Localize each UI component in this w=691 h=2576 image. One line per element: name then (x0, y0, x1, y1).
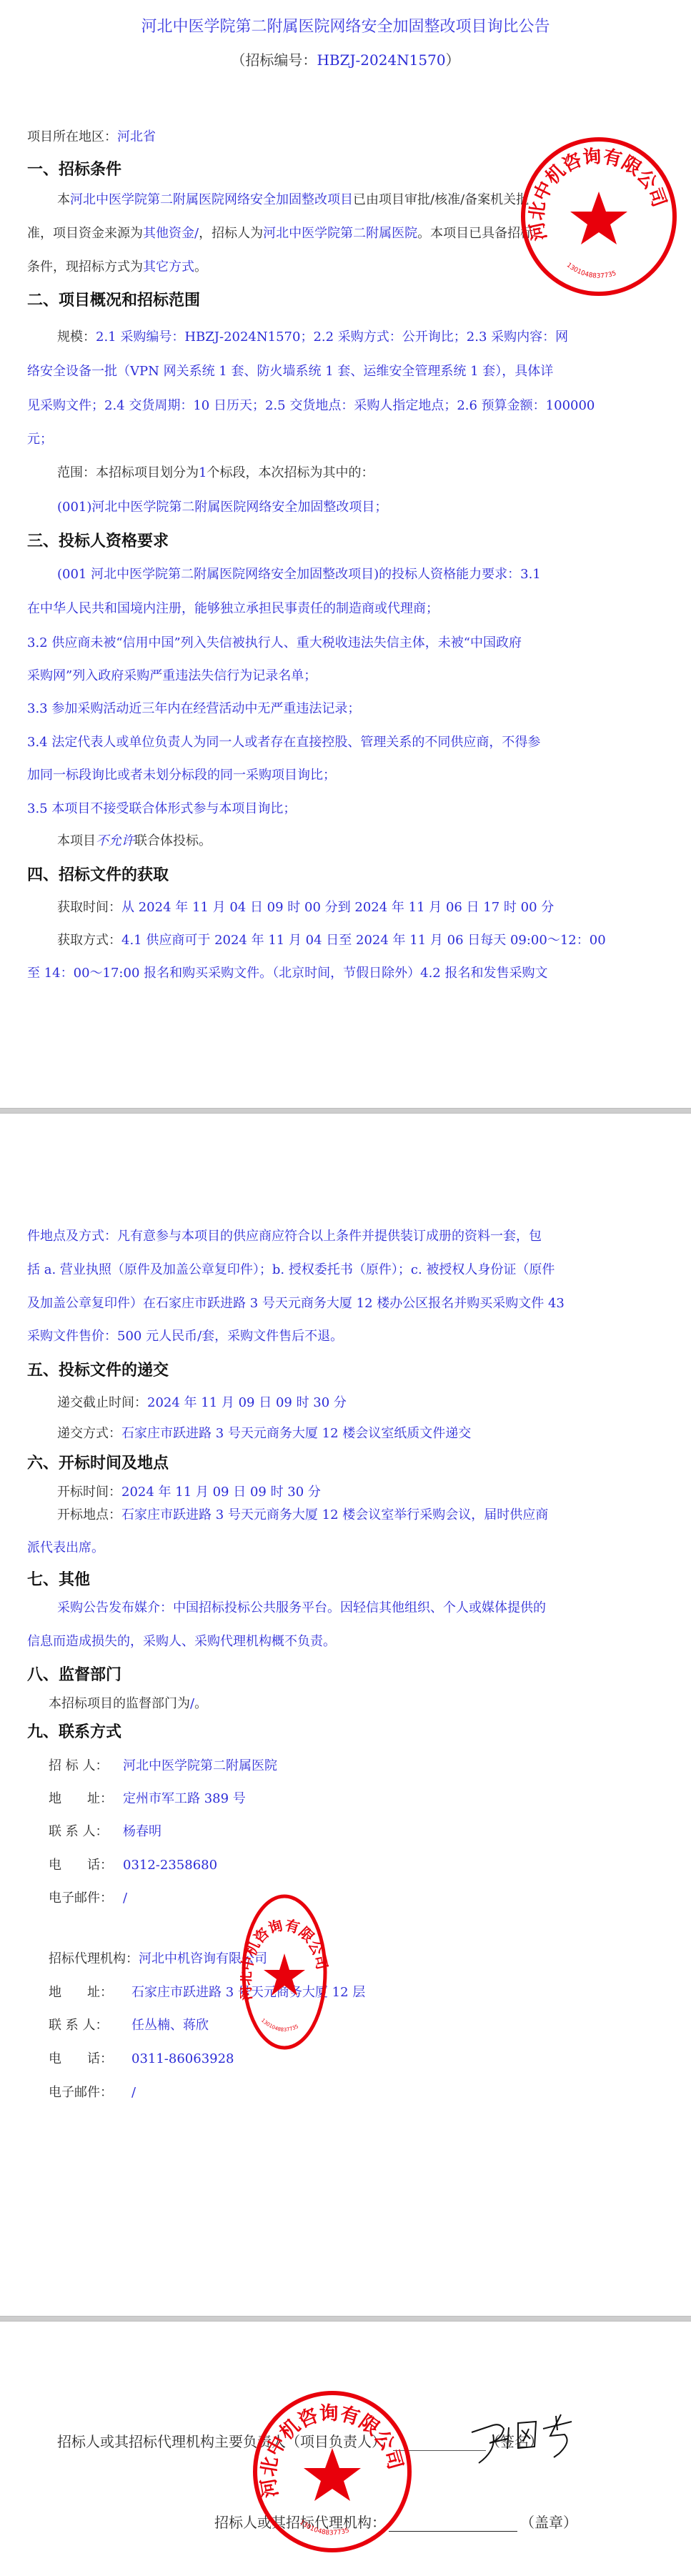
s5-deadline: 递交截止时间：2024 年 11 月 09 日 09 时 30 分 (57, 1394, 347, 1412)
seal-line: 招标人或其招标代理机构：（盖章） (214, 2511, 577, 2532)
agency-phone: 电 话：0311-86063928 (49, 2051, 234, 2068)
s1-para-line-1: 本河北中医学院第二附属医院网络安全加固整改项目已由项目审批/核准/备案机关批 (57, 192, 529, 209)
s6-time: 开标时间：2024 年 11 月 09 日 09 时 30 分 (57, 1484, 321, 1501)
s1-para-line-3: 条件，现招标方式为其它方式。 (27, 259, 207, 276)
tenderer-contact: 联 系 人：杨春明 (49, 1823, 161, 1841)
page-1: 河北中医学院第二附属医院网络安全加固整改项目询比公告 （招标编号：HBZJ-20… (0, 0, 691, 1108)
s1-para-line-2: 准，项目资金来源为其他资金/，招标人为河北中医学院第二附属医院。本项目已具备招标 (27, 225, 533, 242)
s2-lot: (001)河北中医学院第二附属医院网络安全加固整改项目； (57, 499, 387, 516)
project-region: 项目所在地区：河北省 (27, 129, 156, 146)
s3-line-2: 在中华人民共和国境内注册，能够独立承担民事责任的制造商或代理商； (27, 600, 439, 618)
section-heading-4: 四、招标文件的获取 (27, 863, 169, 885)
s2-scope: 范围：本招标项目划分为1个标段，本次招标为其中的： (57, 465, 374, 482)
s6-place-line-1: 开标地点：石家庄市跃进路 3 号天元商务大厦 12 楼会议室举行采购会议，届时供… (57, 1507, 548, 1524)
s5-method: 递交方式：石家庄市跃进路 3 号天元商务大厦 12 楼会议室纸质文件递交 (57, 1425, 471, 1442)
s4-time: 获取时间：从 2024 年 11 月 04 日 09 时 00 分到 2024 … (57, 899, 554, 916)
tenderer-phone: 电 话：0312-2358680 (49, 1857, 217, 1874)
agency-name: 招标代理机构：河北中机咨询有限公司 (49, 1951, 267, 1968)
section-heading-2: 二、项目概况和招标范围 (27, 288, 200, 310)
tenderer-address: 地 址：定州市军工路 389 号 (49, 1790, 246, 1808)
section-heading-5: 五、投标文件的递交 (27, 1358, 169, 1380)
page-3: 招标人或其招标代理机构主要负责人（项目负责人）：尹国芳（签名） 招标人或其招标代… (0, 2322, 691, 2576)
s3-line-3: 3.2 供应商未被“信用中国”列入失信被执行人、重大税收违法失信主体，未被“中国… (27, 635, 522, 652)
section-heading-3: 三、投标人资格要求 (27, 529, 169, 551)
s8-supervision: 本招标项目的监督部门为/。 (49, 1695, 207, 1713)
document-title: 河北中医学院第二附属医院网络安全加固整改项目询比公告 (0, 14, 691, 36)
company-seal-stamp: 河北中机咨询有限公司 1301048837735 (519, 136, 679, 297)
s2-scale-line-3: 见采购文件；2.4 交货周期：10 日历天；2.5 交货地点：采购人指定地点；2… (27, 397, 595, 415)
seal-field (389, 2517, 517, 2532)
s6-place-line-2: 派代表出席。 (27, 1540, 104, 1557)
s3-line-1: (001 河北中医学院第二附属医院网络安全加固整改项目)的投标人资格能力要求：3… (57, 566, 541, 583)
section-heading-8: 八、监督部门 (27, 1663, 121, 1685)
bid-number: （招标编号：HBZJ-2024N1570） (0, 49, 691, 69)
s7-line-1: 采购公告发布媒介：中国招标投标公共服务平台。因轻信其他组织、个人或媒体提供的 (57, 1600, 546, 1617)
s3-line-8: 3.5 本项目不接受联合体形式参与本项目询比； (27, 801, 296, 818)
s3-line-7: 加同一标段询比或者未划分标段的同一采购项目询比； (27, 767, 336, 784)
tenderer-email: 电子邮件：/ (49, 1890, 127, 1907)
agency-address: 地 址：石家庄市跃进路 3 号天元商务大厦 12 层 (49, 1984, 365, 2001)
page-2: 件地点及方式：凡有意参与本项目的供应商应符合以上条件并提供装订成册的资料一套，包… (0, 1114, 691, 2316)
s4-method-line-3: 件地点及方式：凡有意参与本项目的供应商应符合以上条件并提供装订成册的资料一套，包 (27, 1228, 542, 1245)
svg-text:河北中机咨询有限公司: 河北中机咨询有限公司 (526, 146, 670, 243)
s3-line-5: 3.3 参加采购活动近三年内在经营活动中无严重违法记录； (27, 700, 360, 718)
s4-method-line-1: 获取方式：4.1 供应商可于 2024 年 11 月 04 日至 2024 年 … (57, 932, 606, 949)
section-heading-7: 七、其他 (27, 1567, 90, 1590)
agency-contact: 联 系 人：任丛楠、蒋欣 (49, 2017, 209, 2034)
s3-consortium: 本项目不允许联合体投标。 (57, 833, 212, 850)
s2-scale-line-2: 络安全设备一批（VPN 网关系统 1 套、防火墙系统 1 套、运维安全管理系统 … (27, 363, 553, 380)
agency-email: 电子邮件：/ (49, 2084, 136, 2101)
signature-field: 尹国芳 (393, 2435, 486, 2451)
s4-method-line-6: 采购文件售价：500 元人民币/套，采购文件售后不退。 (27, 1328, 343, 1345)
svg-text:1301048837735: 1301048837735 (260, 2018, 299, 2033)
page-separator-1 (0, 1108, 691, 1114)
s7-line-2: 信息而造成损失的，采购人、采购代理机构概不负责。 (27, 1633, 336, 1650)
s3-line-4: 采购网”列入政府采购严重违法失信行为记录名单； (27, 668, 317, 685)
section-heading-9: 九、联系方式 (27, 1720, 121, 1742)
section-heading-1: 一、招标条件 (27, 157, 121, 179)
svg-text:1301048837735: 1301048837735 (565, 262, 617, 280)
company-seal-stamp: 河北中机咨询有限公司 1301048837735 (240, 1893, 329, 2051)
s2-scale-line-4: 元； (27, 431, 53, 448)
principal-signature-line: 招标人或其招标代理机构主要负责人（项目负责人）：尹国芳（签名） (57, 2430, 543, 2451)
tenderer-name: 招 标 人：河北中医学院第二附属医院 (49, 1758, 277, 1775)
s4-method-line-2: 至 14：00～17:00 报名和购买采购文件。（北京时间，节假日除外）4.2 … (27, 965, 547, 982)
s4-method-line-4: 括 a. 营业执照（原件及加盖公章复印件）；b. 授权委托书（原件）；c. 被授… (27, 1262, 555, 1279)
s2-scale-line-1: 规模：2.1 采购编号：HBZJ-2024N1570；2.2 采购方式：公开询比… (57, 329, 568, 346)
s3-line-6: 3.4 法定代表人或单位负责人为同一人或者存在直接控股、管理关系的不同供应商，不… (27, 734, 540, 751)
section-heading-6: 六、开标时间及地点 (27, 1451, 169, 1473)
page-separator-2 (0, 2316, 691, 2322)
s4-method-line-5: 及加盖公章复印件）在石家庄市跃进路 3 号天元商务大厦 12 楼办公区报名并购买… (27, 1295, 565, 1312)
